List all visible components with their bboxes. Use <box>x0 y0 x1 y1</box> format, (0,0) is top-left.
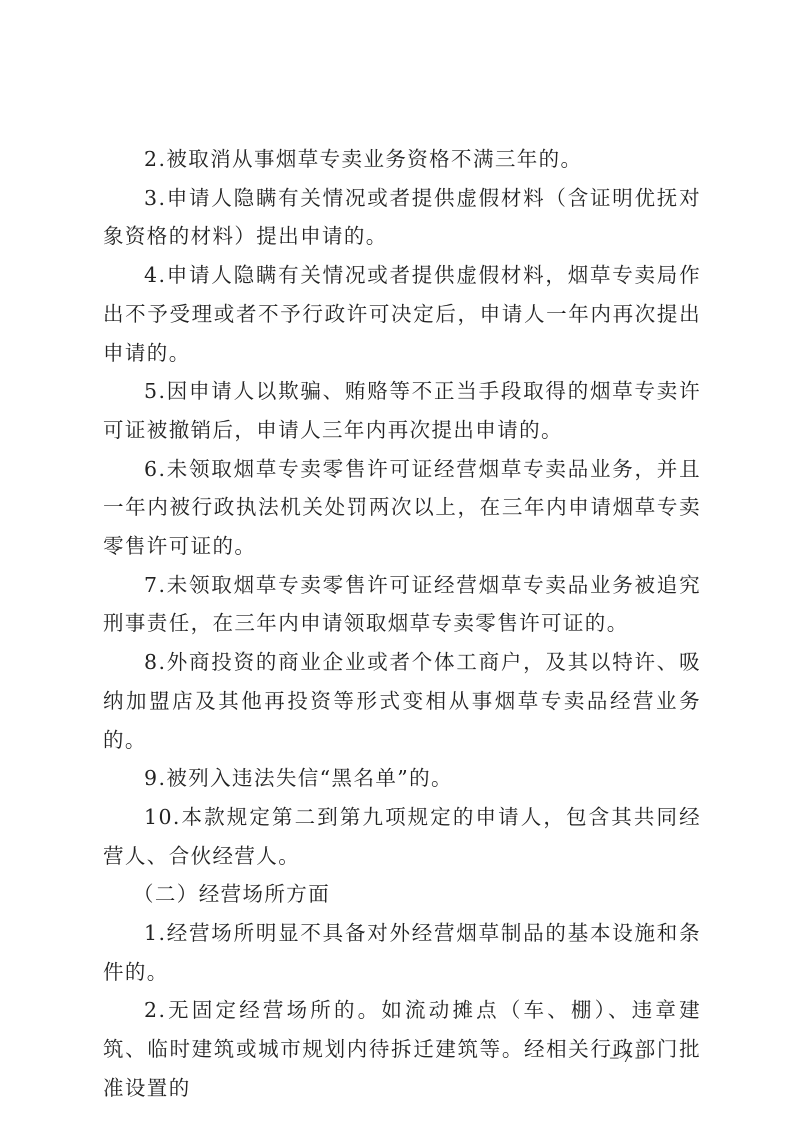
paragraph-item-5: 5.因申请人以欺骗、贿赂等不正当手段取得的烟草专卖许可证被撤销后，申请人三年内再… <box>103 372 701 449</box>
paragraph-item-6: 6.未领取烟草专卖零售许可证经营烟草专卖品业务，并且一年内被行政执法机关处罚两次… <box>103 450 701 566</box>
paragraph-item-3: 3.申请人隐瞒有关情况或者提供虚假材料（含证明优抚对象资格的材料）提出申请的。 <box>103 179 701 256</box>
paragraph-item-7: 7.未领取烟草专卖零售许可证经营烟草专卖品业务被追究刑事责任，在三年内申请领取烟… <box>103 566 701 643</box>
paragraph-item-2: 2.被取消从事烟草专卖业务资格不满三年的。 <box>103 140 701 179</box>
paragraph-item-4: 4.申请人隐瞒有关情况或者提供虚假材料，烟草专卖局作出不予受理或者不予行政许可决… <box>103 256 701 372</box>
paragraph-item-8: 8.外商投资的商业企业或者个体工商户，及其以特许、吸纳加盟店及其他再投资等形式变… <box>103 643 701 759</box>
paragraph-item-9: 9.被列入违法失信“黑名单”的。 <box>103 759 701 798</box>
paragraph-premises-1: 1.经营场所明显不具备对外经营烟草制品的基本设施和条件的。 <box>103 914 701 991</box>
document-page: 2.被取消从事烟草专卖业务资格不满三年的。 3.申请人隐瞒有关情况或者提供虚假材… <box>0 0 793 1122</box>
page-number: – 7 – <box>610 1047 644 1067</box>
paragraph-item-10: 10.本款规定第二到第九项规定的申请人，包含其共同经营人、合伙经营人。 <box>103 798 701 875</box>
document-body: 2.被取消从事烟草专卖业务资格不满三年的。 3.申请人隐瞒有关情况或者提供虚假材… <box>103 140 701 1108</box>
section-heading-business-premises: （二）经营场所方面 <box>103 875 701 914</box>
